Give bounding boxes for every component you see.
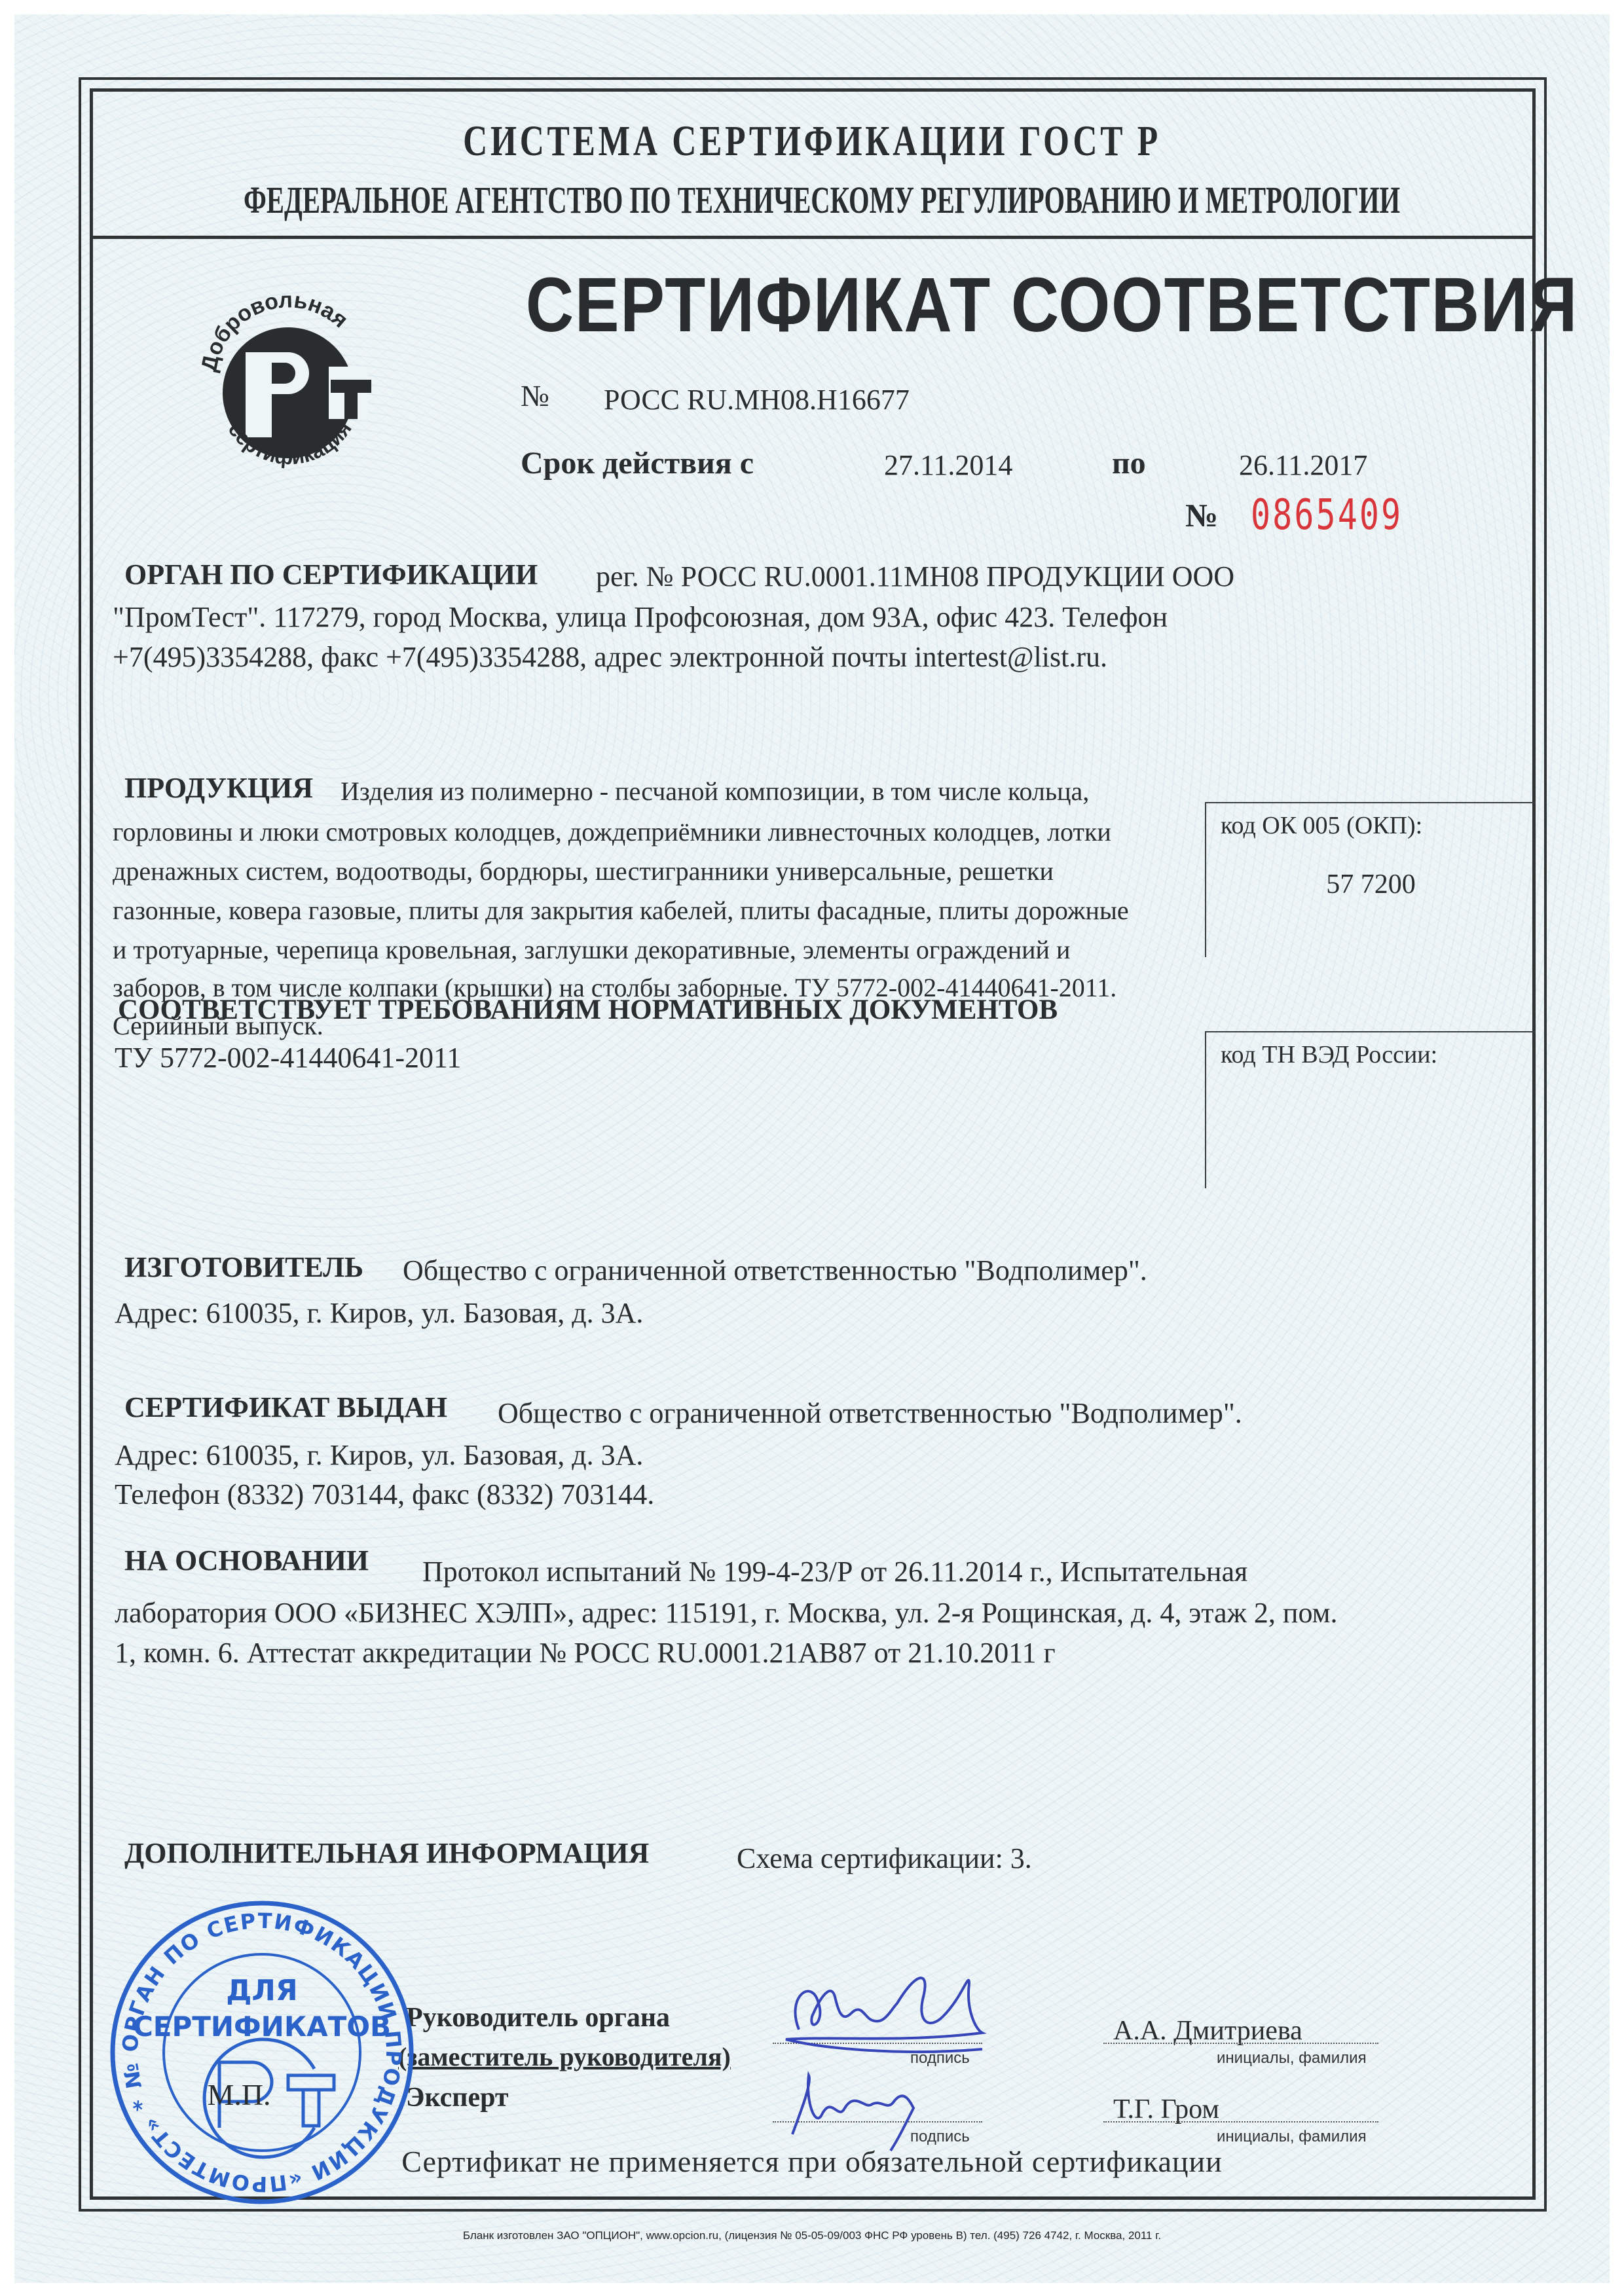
head-name-line	[1103, 2043, 1378, 2045]
okp-code-box: код ОК 005 (ОКП): 57 7200	[1205, 802, 1536, 957]
tnved-code-box: код ТН ВЭД России:	[1205, 1031, 1536, 1188]
blank-printer-note: Бланк изготовлен ЗАО "ОПЦИОН", www.opcio…	[0, 2229, 1624, 2242]
stamp-center-line1: ДЛЯ	[226, 1974, 298, 2007]
agency-name: ФЕДЕРАЛЬНОЕ АГЕНТСТВО ПО ТЕХНИЧЕСКОМУ РЕ…	[244, 178, 1380, 222]
system-title: СИСТЕМА СЕРТИФИКАЦИИ ГОСТ Р	[179, 117, 1445, 166]
header-divider	[90, 236, 1536, 239]
blank-number: 0865409	[1251, 491, 1403, 539]
tnved-code-label: код ТН ВЭД России:	[1221, 1040, 1437, 1069]
cert-body-line: рег. № РОСС RU.0001.11МН08 ПРОДУКЦИИ ООО	[596, 556, 1234, 596]
issued-to-label: СЕРТИФИКАТ ВЫДАН	[124, 1391, 447, 1424]
expert-name-line	[1103, 2121, 1378, 2124]
expert-name-caption: инициалы, фамилия	[1217, 2128, 1367, 2146]
voluntary-note: Сертификат не применяется при обязательн…	[0, 2144, 1624, 2179]
products-line: горловины и люки смотровых колодцев, дож…	[113, 812, 1111, 852]
additional-info-value: Схема сертификации: 3.	[737, 1838, 1032, 1878]
issued-to-address: Адрес: 610035, г. Киров, ул. Базовая, д.…	[115, 1435, 643, 1475]
cert-body-line: +7(495)3354288, факс +7(495)3354288, адр…	[113, 637, 1107, 677]
blank-number-sign: №	[1185, 496, 1218, 534]
additional-info-label: ДОПОЛНИТЕЛЬНАЯ ИНФОРМАЦИЯ	[124, 1836, 649, 1870]
conformity-label: СООТВЕТСТВУЕТ ТРЕБОВАНИЯМ НОРМАТИВНЫХ ДО…	[118, 994, 1058, 1026]
products-line: дренажных систем, водоотводы, бордюры, ш…	[113, 851, 1054, 891]
rst-logo: Добровольная сертификация	[183, 275, 393, 484]
cert-body-label: ОРГАН ПО СЕРТИФИКАЦИИ	[124, 558, 538, 591]
head-signature	[773, 1958, 1022, 2062]
certificate-number: РОСС RU.МН08.Н16677	[604, 383, 910, 416]
valid-to-label: по	[1112, 445, 1146, 481]
basis-line: лаборатория ООО «БИЗНЕС ХЭЛП», адрес: 11…	[115, 1593, 1338, 1633]
products-line: Изделия из полимерно - песчаной композиц…	[341, 771, 1089, 811]
head-name: А.А. Дмитриева	[1113, 2015, 1302, 2047]
manufacturer-label: ИЗГОТОВИТЕЛЬ	[124, 1250, 363, 1284]
expert-label: Эксперт	[406, 2082, 509, 2113]
expert-name: Т.Г. Гром	[1113, 2094, 1219, 2125]
basis-line: Протокол испытаний № 199-4-23/Р от 26.11…	[422, 1552, 1247, 1592]
issued-to-name: Общество с ограниченной ответственностью…	[498, 1393, 1242, 1433]
validity-label: Срок действия с	[521, 445, 754, 481]
manufacturer-name: Общество с ограниченной ответственностью…	[403, 1250, 1147, 1290]
okp-code-label: код ОК 005 (ОКП):	[1221, 811, 1422, 840]
head-name-caption: инициалы, фамилия	[1217, 2049, 1367, 2068]
head-label: Руководитель органа	[406, 2002, 670, 2033]
issued-to-phone: Телефон (8332) 703144, факс (8332) 70314…	[115, 1474, 654, 1514]
basis-label: НА ОСНОВАНИИ	[124, 1544, 369, 1577]
basis-line: 1, комн. 6. Аттестат аккредитации № РОСС…	[115, 1633, 1056, 1673]
seal-label: М.П.	[207, 2078, 270, 2111]
manufacturer-address: Адрес: 610035, г. Киров, ул. Базовая, д.…	[115, 1293, 643, 1333]
valid-from: 27.11.2014	[884, 448, 1012, 482]
number-sign: №	[521, 378, 549, 413]
products-line: газонные, ковера газовые, плиты для закр…	[113, 890, 1129, 930]
cert-body-line: "ПромТест". 117279, город Москва, улица …	[113, 597, 1168, 637]
products-line: и тротуарные, черепица кровельная, заглу…	[113, 930, 1070, 970]
certificate-title: СЕРТИФИКАТ СООТВЕТСТВИЯ	[526, 261, 1578, 350]
products-label: ПРОДУКЦИЯ	[124, 771, 313, 805]
valid-to: 26.11.2017	[1239, 448, 1367, 482]
expert-signature	[773, 2062, 969, 2154]
okp-code-value: 57 7200	[1206, 869, 1536, 900]
conformity-value: ТУ 5772-002-41440641-2011	[115, 1038, 461, 1078]
deputy-label: (заместитель руководителя)	[398, 2041, 731, 2072]
